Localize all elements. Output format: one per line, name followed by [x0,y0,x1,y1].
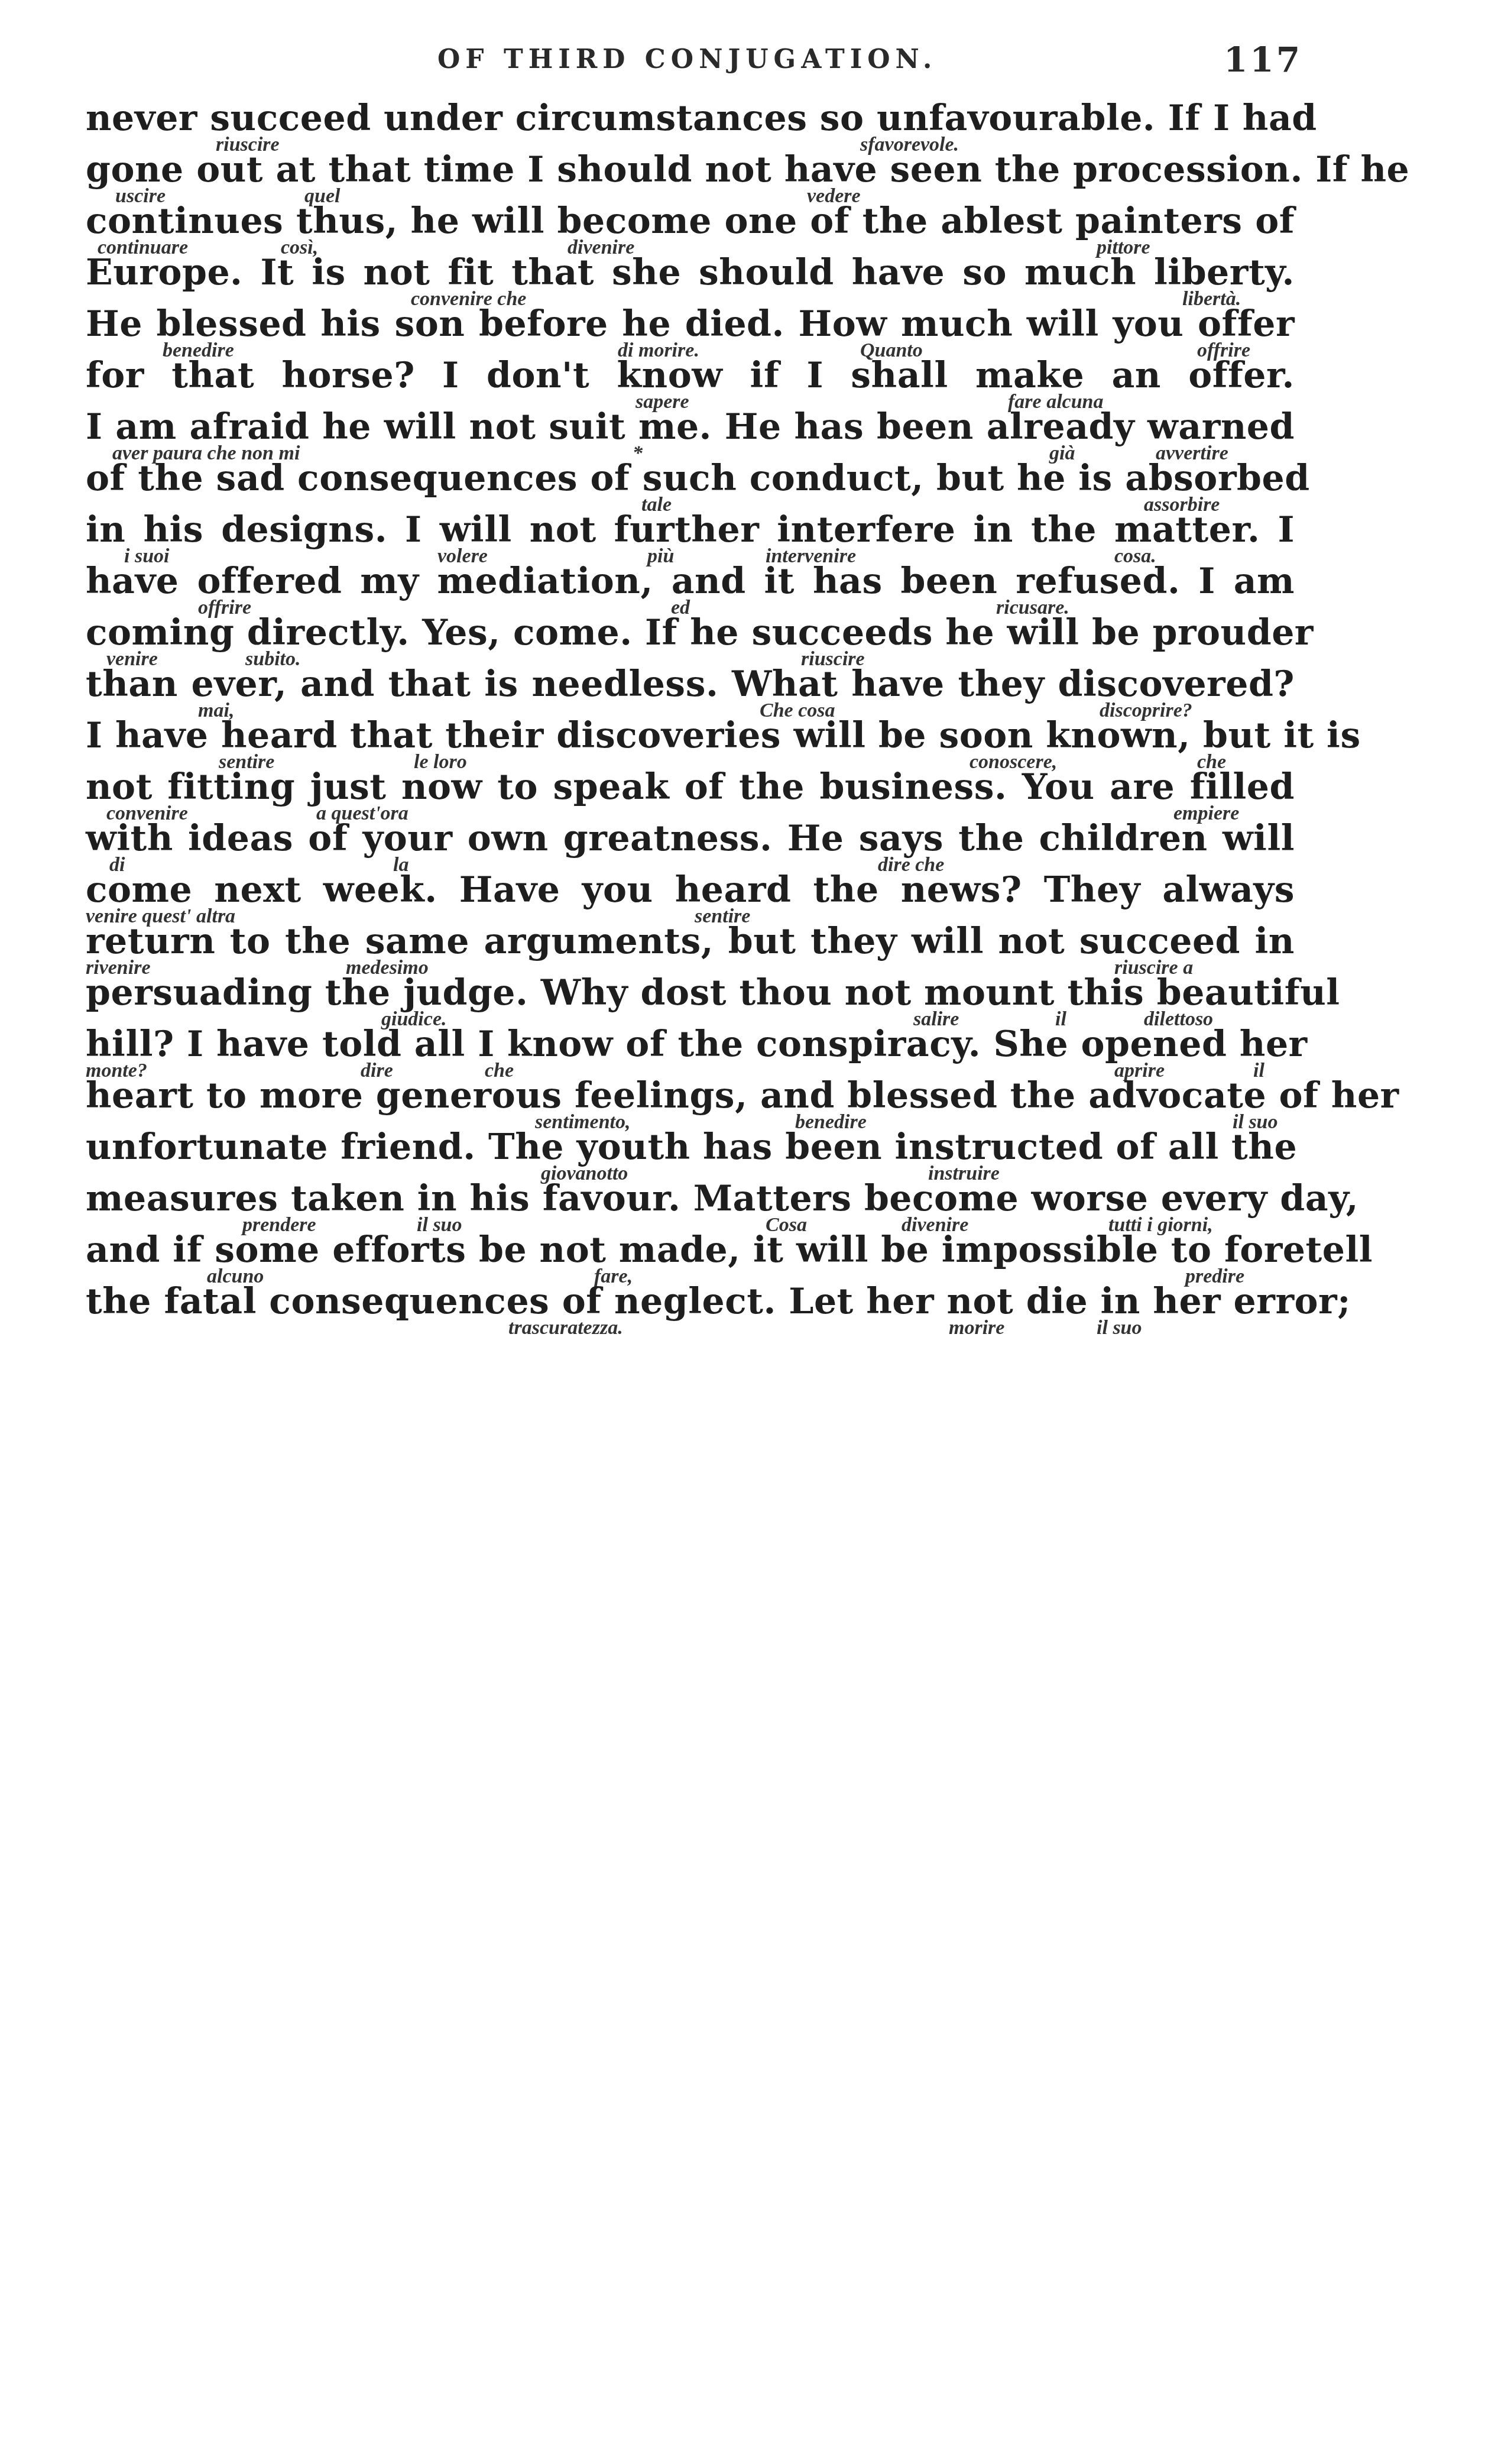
english-sentence-text: heart to more generous feelings, and ble… [86,1075,1295,1116]
text-line: in his designs. I will not further inter… [86,509,1295,551]
english-sentence-text: come next week. Have you heard the news?… [86,869,1295,911]
english-sentence-text: gone out at that time I should not have … [86,149,1295,190]
text-line: continues thus, he will become one of th… [86,200,1295,242]
italian-gloss: morire [949,1316,1004,1340]
text-line: heart to more generous feelings, and ble… [86,1075,1295,1116]
english-sentence-text: hill? I have told all I know of the cons… [86,1024,1295,1065]
english-sentence-text: for that horse? I don't know if I shall … [86,355,1295,396]
english-sentence-text: persuading the judge. Why dost thou not … [86,972,1295,1014]
text-line: gone out at that time I should not have … [86,149,1295,190]
text-line: have offered my mediation, and it has be… [86,561,1295,602]
text-line: and if some efforts be not made, it will… [86,1229,1295,1271]
text-line: persuading the judge. Why dost thou not … [86,972,1295,1014]
english-sentence-text: with ideas of your own greatness. He say… [86,818,1295,859]
running-title: OF THIRD CONJUGATION. [437,44,937,75]
english-sentence-text: and if some efforts be not made, it will… [86,1229,1295,1271]
english-sentence-text: have offered my mediation, and it has be… [86,561,1295,602]
text-line: for that horse? I don't know if I shall … [86,355,1295,396]
text-line: I have heard that their discoveries will… [86,715,1295,756]
italian-gloss: il suo [1097,1316,1142,1340]
text-line: come next week. Have you heard the news?… [86,869,1295,911]
english-sentence-text: not fitting just now to speak of the bus… [86,766,1295,808]
english-sentence-text: in his designs. I will not further inter… [86,509,1295,551]
book-page: OF THIRD CONJUGATION. 117 never succeed … [0,0,1498,2464]
text-line: He blessed his son before he died. How m… [86,303,1295,345]
text-line: than ever, and that is needless. What ha… [86,663,1295,705]
text-line: not fitting just now to speak of the bus… [86,766,1295,808]
text-line: unfortunate friend. The youth has been i… [86,1126,1295,1168]
page-header: OF THIRD CONJUGATION. 117 [0,44,1498,86]
text-line: of the sad consequences of such conduct,… [86,458,1295,499]
italian-gloss: trascuratezza. [508,1316,623,1340]
page-number: 117 [1224,40,1302,80]
text-line: measures taken in his favour. Matters be… [86,1178,1295,1219]
text-line: never succeed under circumstances so unf… [86,98,1295,139]
text-line: Europe. It is not fit that she should ha… [86,252,1295,293]
english-sentence-text: of the sad consequences of such conduct,… [86,458,1295,499]
english-sentence-text: Europe. It is not fit that she should ha… [86,252,1295,293]
text-line: with ideas of your own greatness. He say… [86,818,1295,859]
text-line: hill? I have told all I know of the cons… [86,1024,1295,1065]
text-line: coming directly. Yes, come. If he succee… [86,612,1295,653]
english-sentence-text: return to the same arguments, but they w… [86,921,1295,962]
english-sentence-text: unfortunate friend. The youth has been i… [86,1126,1295,1168]
text-line: the fatal consequences of neglect. Let h… [86,1281,1295,1322]
text-line: I am afraid he will not suit me. He has … [86,406,1295,448]
text-line: return to the same arguments, but they w… [86,921,1295,962]
